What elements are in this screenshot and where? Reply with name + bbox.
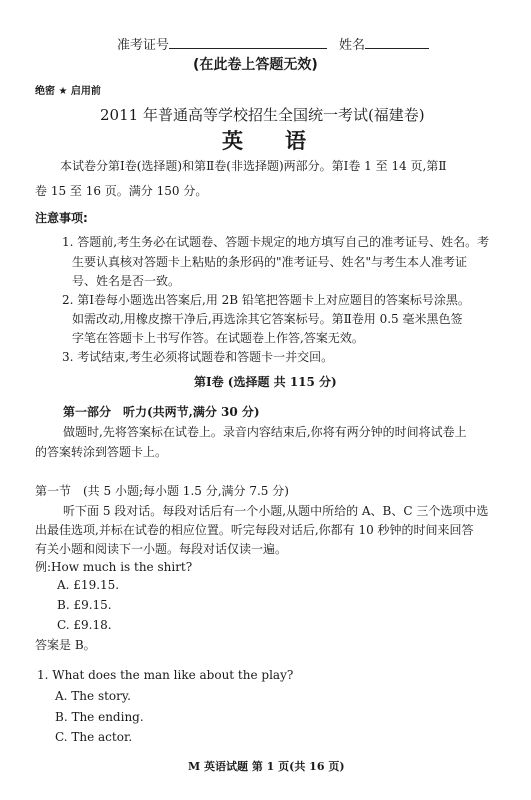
invalid-notice: (在此卷上答题无效)	[193, 57, 318, 73]
intro-line-2: 卷 15 至 16 页。满分 150 分。	[35, 183, 207, 199]
note-2-line-1: 2. 第Ⅰ卷每小题选出答案后,用 2B 铅笔把答题卡上对应题目的答案标号涂黑。	[62, 292, 470, 308]
exam-title: 2011 年普通高等学校招生全国统一考试(福建卷)	[100, 104, 425, 125]
example-option-c: C. £9.18.	[57, 617, 112, 633]
example-option-a: A. £19.15.	[57, 577, 119, 593]
note-1-line-1: 1. 答题前,考生务必在试题卷、答题卡规定的地方填写自己的准考证号、姓名。考	[62, 234, 489, 250]
name-row: 姓名	[339, 38, 429, 54]
secret-label: 绝密 ★ 启用前	[35, 82, 101, 97]
part-1-instructions-line-1: 做题时,先将答案标在试卷上。录音内容结束后,你将有两分钟的时间将试卷上	[63, 424, 467, 440]
note-2-line-2: 如需改动,用橡皮擦干净后,再选涂其它答案标号。第Ⅱ卷用 0.5 毫米黑色签	[72, 311, 463, 327]
name-label: 姓名	[339, 38, 365, 53]
question-1-text: 1. What does the man like about the play…	[37, 667, 293, 683]
example-option-b: B. £9.15.	[57, 597, 112, 613]
intro-line-1: 本试卷分第Ⅰ卷(选择题)和第Ⅱ卷(非选择题)两部分。第Ⅰ卷 1 至 14 页,第…	[60, 158, 447, 174]
section-1-heading: 第一节 (共 5 小题;每小题 1.5 分,满分 7.5 分)	[35, 483, 289, 499]
note-1-line-3: 号、姓名是否一致。	[72, 273, 180, 289]
part-1-heading: 第一部分 听力(共两节,满分 30 分)	[63, 404, 260, 420]
exam-id-row: 准考证号	[117, 38, 327, 54]
note-3-line-1: 3. 考试结束,考生必须将试题卷和答题卡一并交回。	[62, 349, 333, 365]
exam-id-label: 准考证号	[117, 38, 169, 53]
section-1-line-1: 听下面 5 段对话。每段对话后有一个小题,从题中所给的 A、B、C 三个选项中选	[63, 503, 488, 519]
question-1-option-c: C. The actor.	[55, 729, 132, 745]
volume-1-heading: 第Ⅰ卷 (选择题 共 115 分)	[194, 374, 337, 390]
part-1-instructions-line-2: 的答案转涂到答题卡上。	[35, 444, 167, 460]
exam-id-blank	[169, 47, 327, 49]
section-1-line-3: 有关小题和阅读下一小题。每段对话仅读一遍。	[35, 541, 287, 557]
name-blank	[365, 47, 429, 49]
page-footer: M 英语试题 第 1 页(共 16 页)	[188, 759, 345, 775]
notes-heading: 注意事项:	[35, 210, 88, 226]
question-1-option-a: A. The story.	[55, 688, 131, 704]
subject-title: 英 语	[222, 125, 306, 155]
example-question: 例:How much is the shirt?	[35, 559, 192, 575]
note-1-line-2: 生要认真核对答题卡上粘贴的条形码的"准考证号、姓名"与考生本人准考证	[72, 254, 467, 270]
example-answer: 答案是 B。	[35, 637, 96, 653]
note-2-line-3: 字笔在答题卡上书写作答。在试题卷上作答,答案无效。	[72, 330, 364, 346]
section-1-line-2: 出最佳选项,并标在试卷的相应位置。听完每段对话后,你都有 10 秒钟的时间来回答	[35, 522, 474, 538]
question-1-option-b: B. The ending.	[55, 709, 144, 725]
